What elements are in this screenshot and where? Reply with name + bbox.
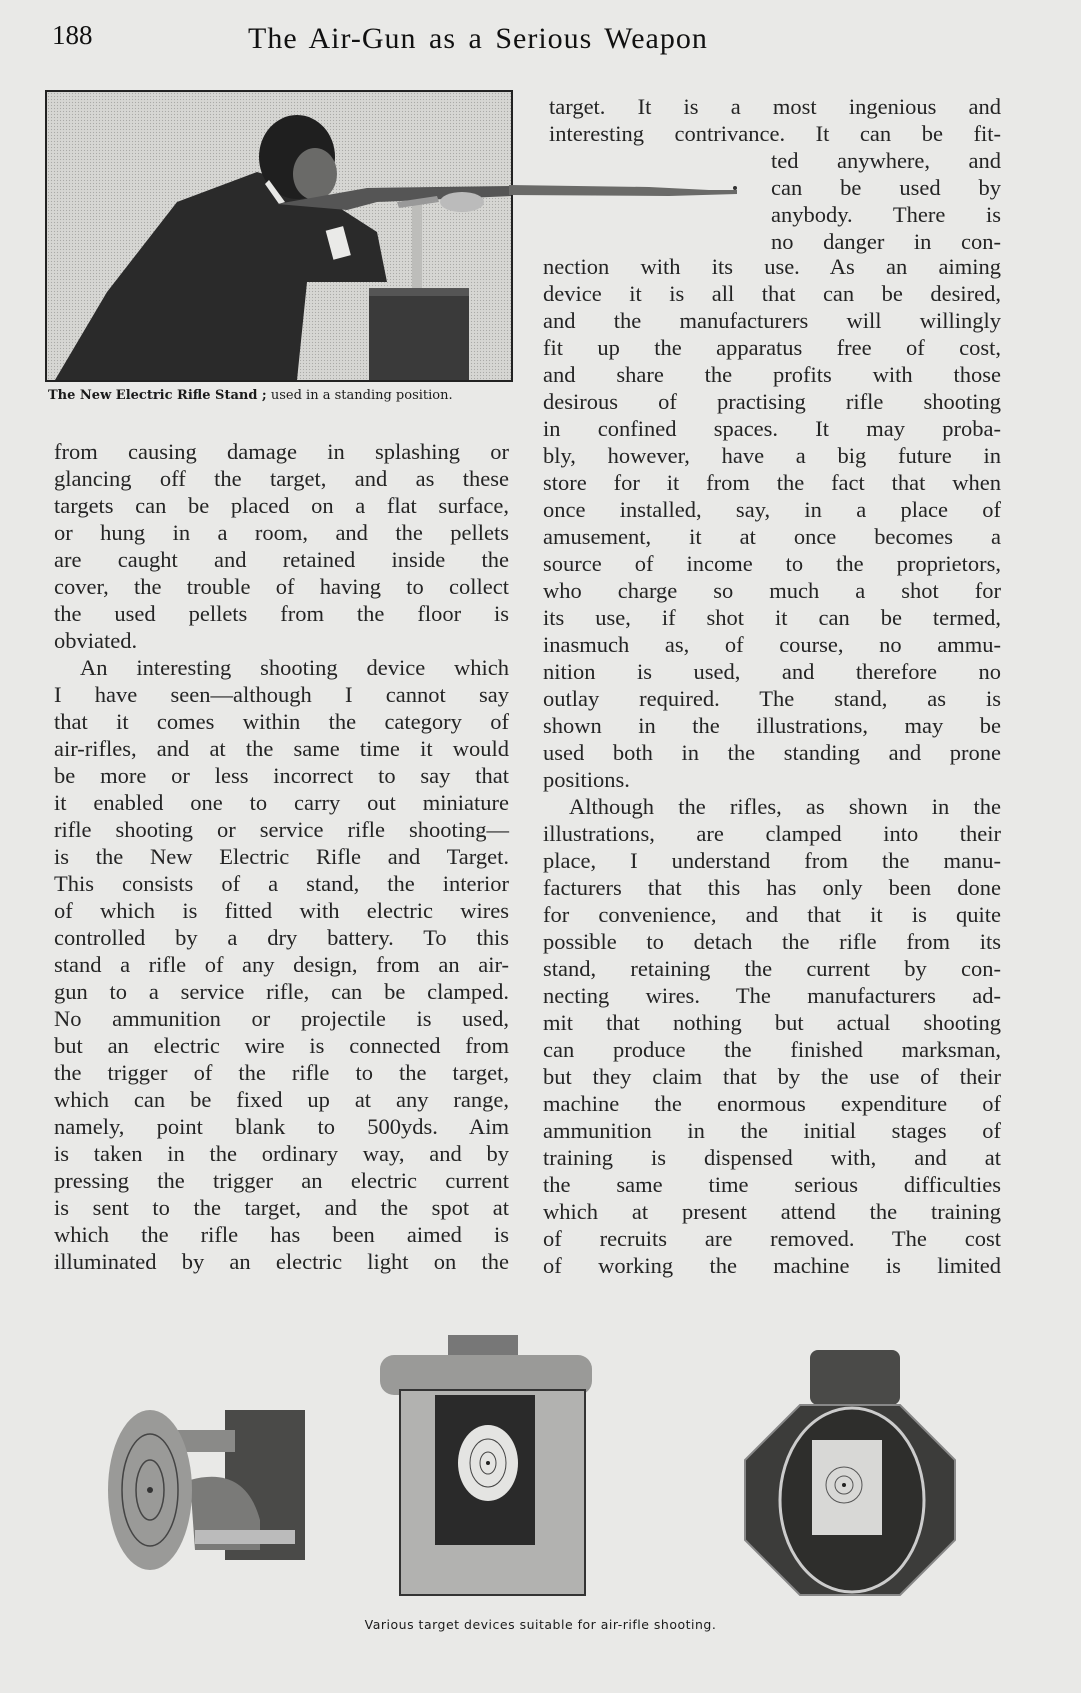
text-line: or hung in a room, and the pellets (54, 519, 509, 546)
photo-caption: The New Electric Rifle Stand ; used in a… (48, 388, 518, 403)
text-line: and share the profits with those (543, 361, 1001, 388)
figure-caption: Various target devices suitable for air-… (0, 1617, 1081, 1632)
text-line: of recruits are removed. The cost (543, 1225, 1001, 1252)
running-title: The Air-Gun as a Serious Weapon (248, 22, 708, 56)
text-line: training is dispensed with, and at (543, 1144, 1001, 1171)
text-line: facturers that this has only been done (543, 874, 1001, 901)
text-line: inasmuch as, of course, no ammu- (543, 631, 1001, 658)
rifle-barrel-illustration (509, 182, 741, 200)
text-line: nection with its use. As an aiming (543, 253, 1001, 280)
text-line: illustrations, are clamped into their (543, 820, 1001, 847)
octagonal-target-illustration (740, 1350, 960, 1600)
text-line: outlay required. The stand, as is (543, 685, 1001, 712)
text-line: it enabled one to carry out miniature (54, 789, 509, 816)
text-line: which at present attend the training (543, 1198, 1001, 1225)
text-line: pressing the trigger an electric current (54, 1167, 509, 1194)
text-line: cover, the trouble of having to collect (54, 573, 509, 600)
text-line: is taken in the ordinary way, and by (54, 1140, 509, 1167)
text-line: namely, point blank to 500yds. Aim (54, 1113, 509, 1140)
text-line: can produce the finished marksman, (543, 1036, 1001, 1063)
man-aiming-rifle-illustration (47, 92, 511, 380)
rifle-stand-photo (45, 90, 513, 382)
photo-caption-text: used in a standing position. (267, 388, 453, 403)
text-line: and the manufacturers will willingly (543, 307, 1001, 334)
text-line: targets can be placed on a flat surface, (54, 492, 509, 519)
text-line: the trigger of the rifle to the target, (54, 1059, 509, 1086)
text-line: who charge so much a shot for (543, 577, 1001, 604)
text-line: from causing damage in splashing or (54, 438, 509, 465)
text-line: are caught and retained inside the (54, 546, 509, 573)
text-line: which can be fixed up at any range, (54, 1086, 509, 1113)
text-line: bly, however, have a big future in (543, 442, 1001, 469)
text-line: machine the enormous expenditure of (543, 1090, 1001, 1117)
text-line: positions. (543, 766, 1001, 793)
text-line: No ammunition or projectile is used, (54, 1005, 509, 1032)
text-line: rifle shooting or service rifle shooting… (54, 816, 509, 843)
text-line: place, I understand from the manu- (543, 847, 1001, 874)
text-line: gun to a service rifle, can be clamped. (54, 978, 509, 1005)
text-line: is the New Electric Rifle and Target. (54, 843, 509, 870)
box-target-illustration (380, 1335, 595, 1600)
text-line: stand, retaining the current by con- (543, 955, 1001, 982)
text-line: which the rifle has been aimed is (54, 1221, 509, 1248)
text-line: nition is used, and therefore no (543, 658, 1001, 685)
photo-caption-title: The New Electric Rifle Stand ; (48, 388, 267, 403)
text-line: interesting contrivance. It can be fit- (549, 120, 1001, 147)
text-line: no danger in con- (771, 228, 1001, 255)
text-line: stand a rifle of any design, from an air… (54, 951, 509, 978)
text-line: possible to detach the rifle from its (543, 928, 1001, 955)
text-line: amusement, it at once becomes a (543, 523, 1001, 550)
text-line: ammunition in the initial stages of (543, 1117, 1001, 1144)
text-line: device it is all that can be desired, (543, 280, 1001, 307)
left-column: from causing damage in splashing or glan… (54, 438, 509, 1275)
text-line: but they claim that by the use of their (543, 1063, 1001, 1090)
text-line: of working the machine is limited (543, 1252, 1001, 1279)
text-line: This consists of a stand, the interior (54, 870, 509, 897)
text-line: used both in the standing and prone (543, 739, 1001, 766)
text-line: target. It is a most ingenious and (549, 93, 1001, 120)
right-column-top: target. It is a most ingenious and inter… (549, 93, 1001, 147)
text-line: source of income to the proprietors, (543, 550, 1001, 577)
text-line: for convenience, and that it is quite (543, 901, 1001, 928)
text-line: but an electric wire is connected from (54, 1032, 509, 1059)
text-line: air-rifles, and at the same time it woul… (54, 735, 509, 762)
text-line: obviated. (54, 627, 509, 654)
text-line: desirous of practising rifle shooting (543, 388, 1001, 415)
text-line: is sent to the target, and the spot at (54, 1194, 509, 1221)
text-line: illuminated by an electric light on the (54, 1248, 509, 1275)
disc-target-illustration (95, 1410, 310, 1590)
text-line: ted anywhere, and (771, 147, 1001, 174)
target-devices-figure (80, 1320, 1040, 1600)
right-column: nection with its use. As an aiming devic… (543, 253, 1001, 1279)
text-line: the used pellets from the floor is (54, 600, 509, 627)
text-line: the same time serious difficulties (543, 1171, 1001, 1198)
text-line: of which is fitted with electric wires (54, 897, 509, 924)
text-line: controlled by a dry battery. To this (54, 924, 509, 951)
text-line: be more or less incorrect to say that (54, 762, 509, 789)
text-line: shown in the illustrations, may be (543, 712, 1001, 739)
page-number: 188 (52, 20, 93, 51)
text-line: in confined spaces. It may proba- (543, 415, 1001, 442)
text-line: once installed, say, in a place of (543, 496, 1001, 523)
text-line: mit that nothing but actual shooting (543, 1009, 1001, 1036)
text-line: can be used by (771, 174, 1001, 201)
text-line: store for it from the fact that when (543, 469, 1001, 496)
text-line: that it comes within the category of (54, 708, 509, 735)
text-line: glancing off the target, and as these (54, 465, 509, 492)
text-line: I have seen—although I cannot say (54, 681, 509, 708)
text-line: its use, if shot it can be termed, (543, 604, 1001, 631)
text-line: fit up the apparatus free of cost, (543, 334, 1001, 361)
right-column-wrap: ted anywhere, and can be used by anybody… (771, 147, 1001, 255)
paragraph-start: An interesting shooting device which (54, 654, 509, 681)
paragraph-start: Although the rifles, as shown in the (543, 793, 1001, 820)
text-line: necting wires. The manufacturers ad- (543, 982, 1001, 1009)
text-line: anybody. There is (771, 201, 1001, 228)
